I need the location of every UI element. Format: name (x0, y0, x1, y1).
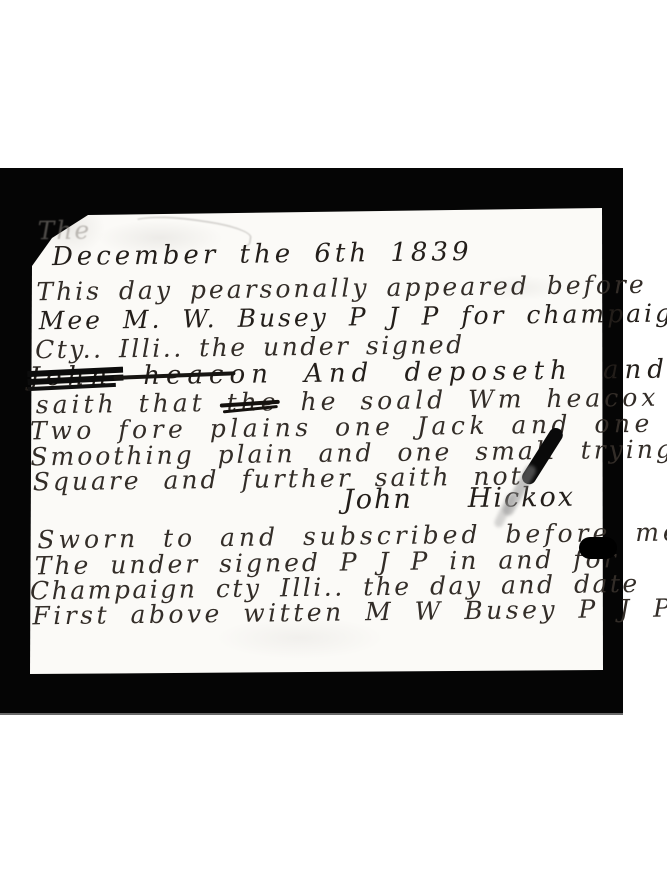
signature: John Hickox (343, 484, 575, 515)
scanned-document-page: The December the 6th 1839 This day pears… (0, 0, 667, 884)
scribble-over-john (27, 365, 124, 392)
manuscript-line-date: December the 6th 1839 (52, 239, 473, 271)
signature-first-name: John (343, 486, 413, 515)
manuscript-text-layer: The December the 6th 1839 This day pears… (0, 161, 629, 714)
jurat-line: First above witten M W Busey P J P (32, 596, 667, 630)
manuscript-line: Mee M. W. Busey P J P for champaign (39, 300, 667, 334)
ghost-text: The (38, 218, 92, 245)
scan-edge-blob (579, 537, 617, 559)
scan-black-frame: The December the 6th 1839 This day pears… (0, 168, 623, 715)
